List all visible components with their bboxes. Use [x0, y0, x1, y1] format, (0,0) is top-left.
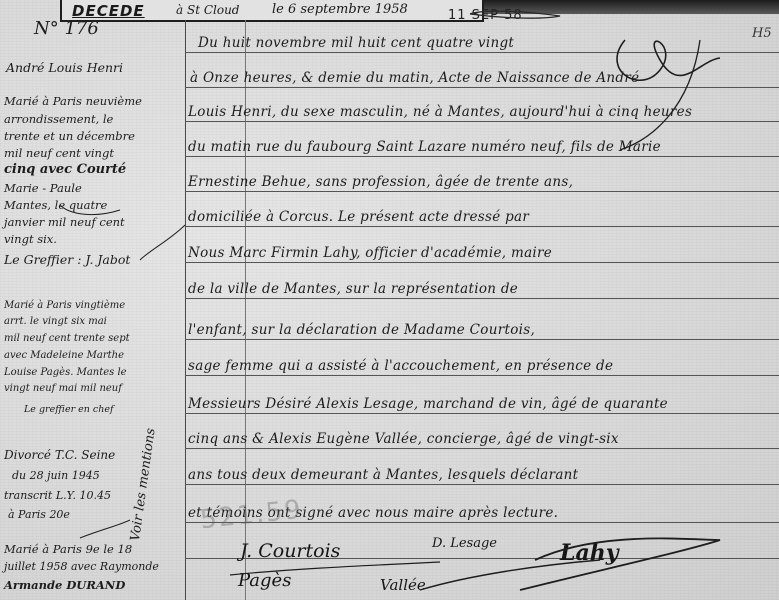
ruled-line — [185, 262, 779, 263]
faint-stamp: 521.59 — [199, 495, 305, 536]
mention-1-line: mil neuf cent vingt — [4, 146, 114, 160]
mention-2-line: vingt neuf mai mil neuf — [4, 383, 122, 394]
mention-2-line: Louise Pagès. Mantes le — [4, 367, 127, 378]
ruled-line — [185, 448, 779, 449]
mention-4-line: Marié à Paris 9e le 18 — [4, 542, 132, 556]
signature-vallee: Vallée — [380, 576, 426, 594]
ruled-line — [185, 375, 779, 376]
mention-2-line: arrt. le vingt six mai — [4, 316, 107, 327]
body-line: Nous Marc Firmin Lahy, officier d'académ… — [188, 245, 552, 261]
body-line: Messieurs Désiré Alexis Lesage, marchand… — [188, 396, 668, 412]
margin-column-divider — [185, 20, 186, 600]
mention-3-line: Divorcé T.C. Seine — [4, 448, 115, 462]
ruled-line — [185, 87, 779, 88]
ruled-line — [185, 121, 779, 122]
mention-1-line: vingt six. — [4, 232, 57, 246]
ruled-line — [185, 156, 779, 157]
body-line: de la ville de Mantes, sur la représenta… — [188, 281, 518, 297]
mention-1-line: Marie - Paule — [4, 181, 82, 195]
body-line: domiciliée à Corcus. Le présent acte dre… — [188, 209, 529, 225]
mention-1-line: Mantes, le quatre — [4, 198, 107, 212]
ruled-line — [185, 226, 779, 227]
body-line: Ernestine Behue, sans profession, âgée d… — [188, 174, 573, 190]
act-number: N° 176 — [34, 18, 99, 39]
mention-2-signature: Le greffier en chef — [24, 404, 114, 415]
ruled-line — [185, 339, 779, 340]
date-stamp: 11 SEP 58 — [448, 8, 523, 23]
mention-3-line: transcrit L.Y. 10.45 — [4, 489, 111, 502]
ruled-line — [185, 191, 779, 192]
signature-maire: Lahy — [560, 540, 619, 566]
mention-4-line: Armande DURAND — [4, 578, 125, 592]
register-page: DECEDE à St Cloud le 6 septembre 1958 11… — [0, 0, 779, 600]
ruled-line — [185, 484, 779, 485]
mention-3-line: du 28 juin 1945 — [12, 469, 100, 482]
deces-place: à St Cloud — [176, 3, 239, 17]
mention-4-line: juillet 1958 avec Raymonde — [4, 560, 159, 573]
body-line: sage femme qui a assisté à l'accouchemen… — [188, 358, 613, 374]
mention-1-line: trente et un décembre — [4, 129, 135, 143]
ruled-line — [185, 413, 779, 414]
body-line: Louis Henri, du sexe masculin, né à Mant… — [188, 104, 692, 120]
ruled-line — [185, 52, 779, 53]
vertical-margin-note: Voir les mentions — [128, 427, 159, 542]
mention-3-line: à Paris 20e — [8, 508, 70, 521]
deces-date: le 6 septembre 1958 — [272, 2, 408, 17]
mention-2-line: mil neuf cent trente sept — [4, 333, 130, 344]
mention-1-line: janvier mil neuf cent — [4, 215, 125, 229]
mention-1-line: arrondissement, le — [4, 112, 113, 126]
body-line: du matin rue du faubourg Saint Lazare nu… — [188, 139, 661, 155]
mention-1-line: cinq avec Courté — [4, 162, 126, 177]
mention-2-line: avec Madeleine Marthe — [4, 350, 124, 361]
body-line: l'enfant, sur la déclaration de Madame C… — [188, 322, 535, 338]
page-number: H5 — [752, 26, 772, 41]
signature-pages: Pagès — [238, 570, 291, 591]
mention-1-line: Marié à Paris neuvième — [4, 94, 142, 108]
body-line: à Onze heures, & demie du matin, Acte de… — [190, 70, 639, 86]
body-line: cinq ans & Alexis Eugène Vallée, concier… — [188, 431, 619, 447]
margin-child-name: André Louis Henri — [6, 60, 123, 75]
mention-2-line: Marié à Paris vingtième — [4, 300, 125, 311]
ruled-line — [185, 298, 779, 299]
signature-lesage: D. Lesage — [432, 536, 497, 551]
signature-courtois: J. Courtois — [240, 540, 340, 562]
body-line: ans tous deux demeurant à Mantes, lesque… — [188, 467, 578, 483]
mention-1-signature: Le Greffier : J. Jabot — [4, 252, 130, 267]
body-line: Du huit novembre mil huit cent quatre vi… — [198, 35, 514, 51]
